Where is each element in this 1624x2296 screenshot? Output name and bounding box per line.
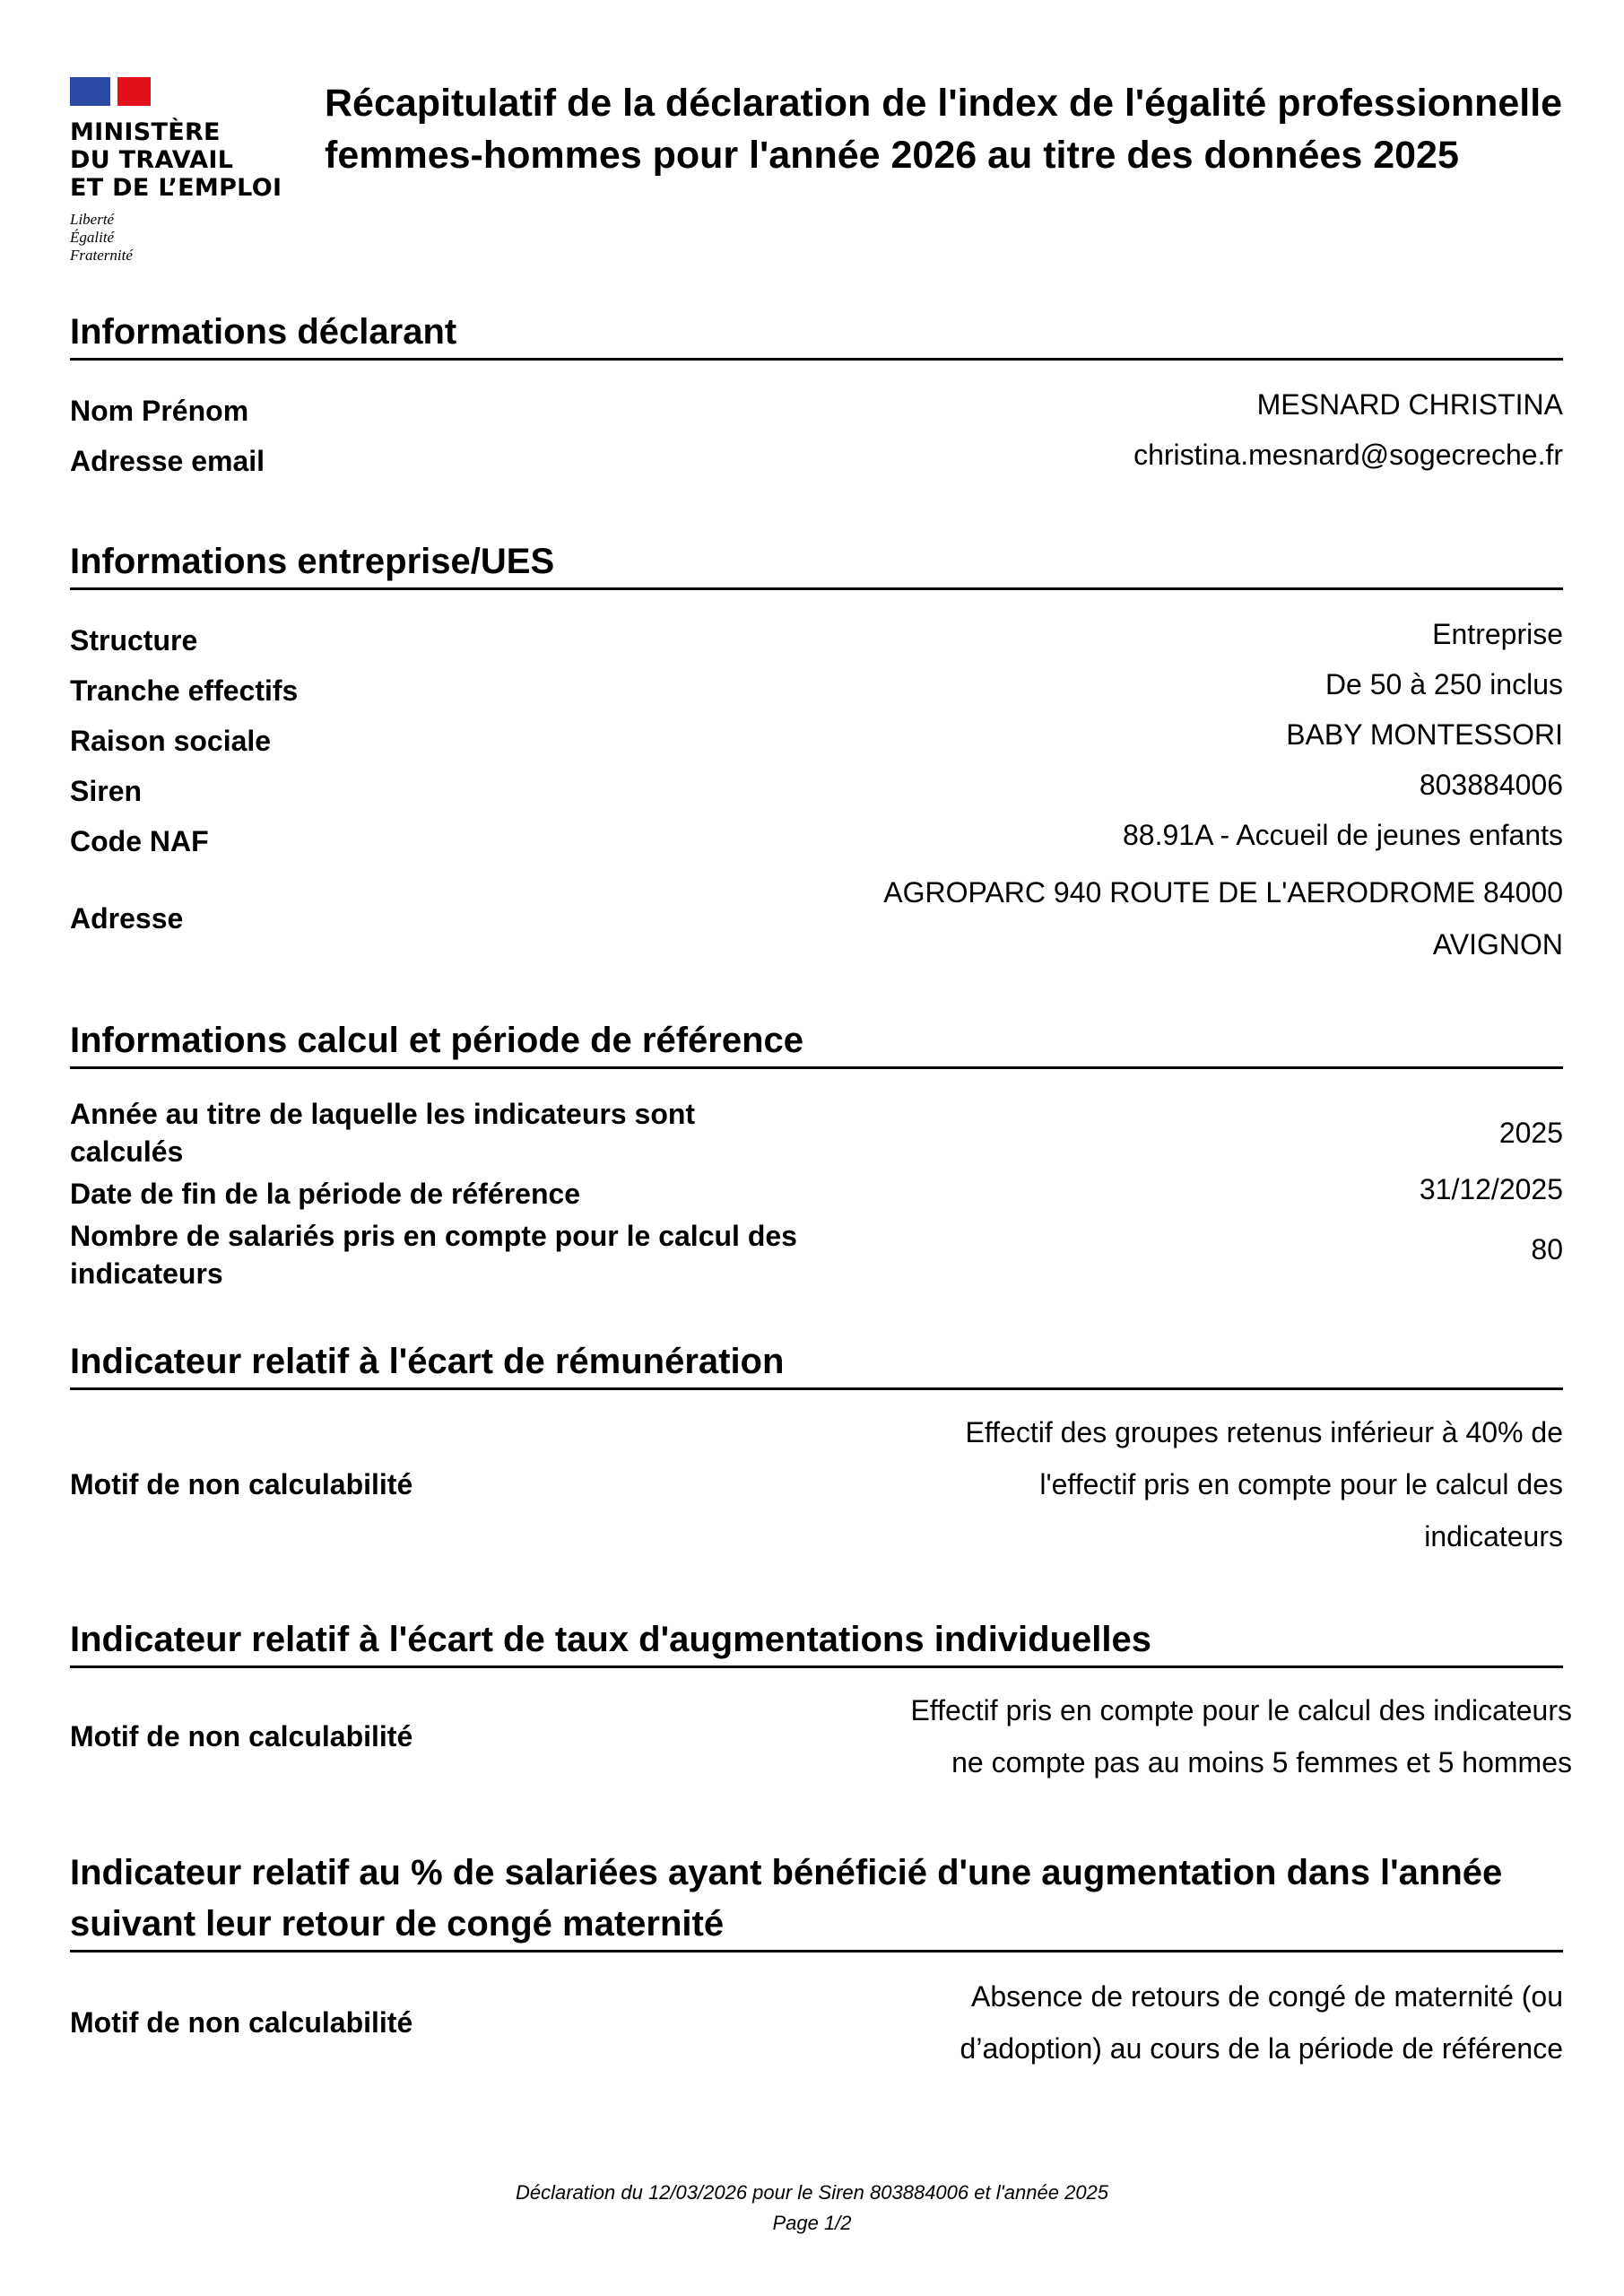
field-row: Nombre de salariés pris en compte pour l… [70, 1216, 1563, 1293]
field-value: Effectif des groupes retenus inférieur à… [966, 1406, 1563, 1562]
declaration-info: Déclaration du 12/03/2026 pour le Siren … [0, 2178, 1624, 2208]
field-value: MESNARD CHRISTINA [1257, 378, 1563, 430]
page-number: Page 1/2 [0, 2208, 1624, 2239]
field-row: Raison sociale BABY MONTESSORI [70, 716, 1563, 766]
field-label: Tranche effectifs [70, 672, 298, 709]
field-value: 803884006 [1420, 759, 1563, 811]
field-value: christina.mesnard@sogecreche.fr [1133, 429, 1563, 481]
field-row: Adresse email christina.mesnard@sogecrec… [70, 436, 1563, 486]
field-label: Adresse email [70, 442, 265, 480]
section-remuneration: Indicateur relatif à l'écart de rémunéra… [70, 1336, 1563, 1562]
field-label: Adresse [70, 900, 183, 937]
section-title: Indicateur relatif au % de salariées aya… [70, 1848, 1563, 1952]
marianne-flag-icon [70, 77, 151, 106]
field-value: AGROPARC 940 ROUTE DE L'AERODROME 84000 … [883, 866, 1563, 970]
field-row: Motif de non calculabilité Effectif pris… [70, 1684, 1563, 1788]
ministry-name: MINISTÈRE DU TRAVAIL ET DE L’EMPLOI [70, 118, 312, 202]
field-row: Date de fin de la période de référence 3… [70, 1171, 1563, 1216]
field-label: Motif de non calculabilité [70, 1465, 413, 1503]
field-label: Structure [70, 622, 197, 659]
field-value: Effectif pris en compte pour le calcul d… [910, 1684, 1572, 1788]
field-row: Motif de non calculabilité Absence de re… [70, 1970, 1563, 2074]
field-row: Année au titre de laquelle les indicateu… [70, 1094, 1563, 1171]
field-label: Nom Prénom [70, 392, 248, 430]
document-title: Récapitulatif de la déclaration de l'ind… [325, 77, 1580, 181]
section-calcul: Informations calcul et période de référe… [70, 1015, 1563, 1293]
section-title: Informations calcul et période de référe… [70, 1015, 1563, 1069]
section-title: Indicateur relatif à l'écart de rémunéra… [70, 1336, 1563, 1390]
field-value: 2025 [1499, 1107, 1563, 1159]
field-label: Raison sociale [70, 722, 271, 760]
field-value: 80 [1531, 1223, 1563, 1275]
page-footer: Déclaration du 12/03/2026 pour le Siren … [0, 2178, 1624, 2239]
field-value: Entreprise [1432, 608, 1563, 660]
field-value: De 50 à 250 inclus [1325, 658, 1563, 710]
section-title: Informations déclarant [70, 307, 1563, 361]
ministry-logo: MINISTÈRE DU TRAVAIL ET DE L’EMPLOI Libe… [70, 77, 312, 265]
section-declarant: Informations déclarant Nom Prénom MESNAR… [70, 307, 1563, 486]
field-label: Date de fin de la période de référence [70, 1175, 805, 1213]
republic-motto: Liberté Égalité Fraternité [70, 211, 312, 265]
field-label: Motif de non calculabilité [70, 2004, 413, 2041]
section-entreprise: Informations entreprise/UES Structure En… [70, 536, 1563, 970]
field-label: Code NAF [70, 822, 209, 860]
field-row: Adresse AGROPARC 940 ROUTE DE L'AERODROM… [70, 866, 1563, 970]
field-label: Année au titre de laquelle les indicateu… [70, 1095, 805, 1170]
field-value: BABY MONTESSORI [1286, 709, 1563, 761]
field-value: 88.91A - Accueil de jeunes enfants [1123, 809, 1563, 861]
field-row: Code NAF 88.91A - Accueil de jeunes enfa… [70, 816, 1563, 866]
field-label: Nombre de salariés pris en compte pour l… [70, 1217, 805, 1292]
field-label: Siren [70, 772, 142, 810]
section-title: Informations entreprise/UES [70, 536, 1563, 590]
section-maternite: Indicateur relatif au % de salariées aya… [70, 1848, 1563, 2074]
section-augmentations: Indicateur relatif à l'écart de taux d'a… [70, 1614, 1563, 1788]
field-value: Absence de retours de congé de maternité… [960, 1970, 1563, 2074]
field-label: Motif de non calculabilité [70, 1718, 413, 1755]
field-value: 31/12/2025 [1420, 1163, 1563, 1215]
field-row: Motif de non calculabilité Effectif des … [70, 1406, 1563, 1562]
section-title: Indicateur relatif à l'écart de taux d'a… [70, 1614, 1563, 1668]
